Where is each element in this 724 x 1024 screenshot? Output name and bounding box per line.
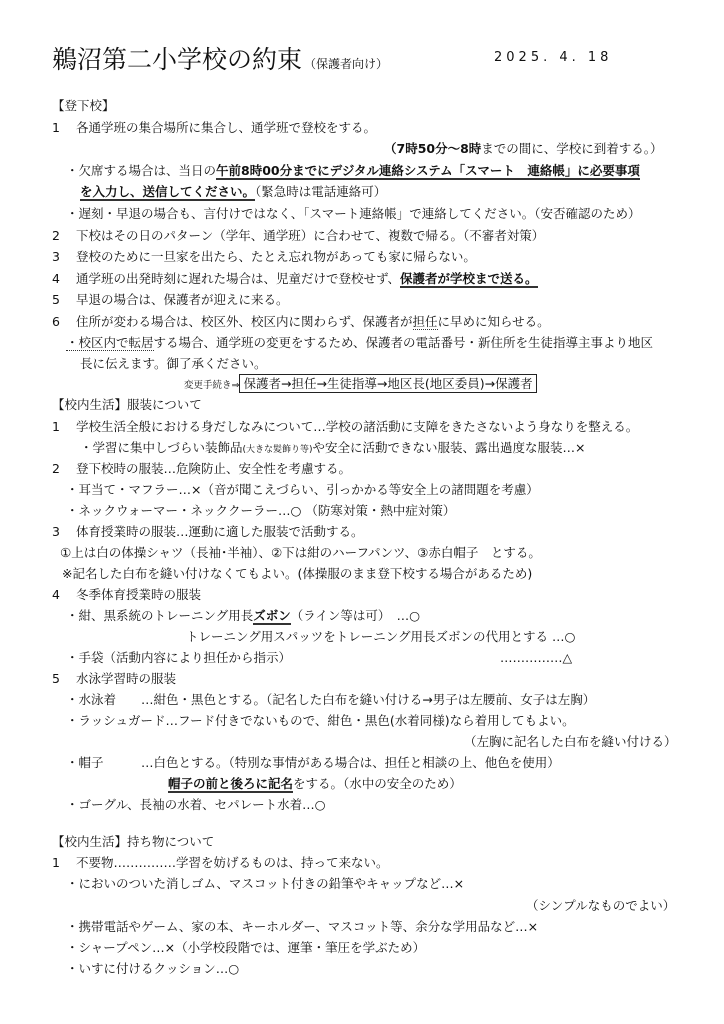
clothing-item-4-sub3-mark: ……………△ bbox=[500, 650, 572, 666]
commute-item-3: 3登校のために一旦家を出たら、たとえ忘れ物があっても家に帰らない。 bbox=[52, 249, 476, 265]
clothing-item-1-sub: ・学習に集中しづらい装飾品(大きな髪飾り等)や安全に活動できない服装、露出過度な… bbox=[80, 440, 586, 458]
title-subtitle: （保護者向け） bbox=[304, 57, 388, 71]
item-number: 1 bbox=[52, 419, 76, 435]
sub-pre: ・紺、黒系統のトレーニング用長 bbox=[66, 608, 253, 623]
procedure-steps-box: 保護者→担任→生徒指導→地区長(地区委員)→保護者 bbox=[239, 374, 536, 393]
sub-bold: 帽子の前と後ろに記名 bbox=[168, 776, 293, 793]
clothing-item-5: 5水泳学習時の服装 bbox=[52, 671, 176, 687]
item-text: 水泳学習時の服装 bbox=[76, 671, 176, 686]
document-page: 鵜沼第二小学校の約束（保護者向け） 2025. 4. 18 【登下校】 1各通学… bbox=[0, 0, 724, 1024]
commute-item-1: 1各通学班の集合場所に集合し、通学班で登校をする。 bbox=[52, 120, 376, 136]
item-number: 2 bbox=[52, 461, 76, 477]
absence-bold-2: を入力し、送信してください。 bbox=[80, 184, 255, 201]
item-text: 住所が変わる場合は、校区外、校区内に関わらず、保護者が bbox=[76, 314, 413, 329]
belongings-sub4: ・いすに付けるクッション…○ bbox=[66, 961, 239, 977]
clothing-item-2-sub1: ・耳当て・マフラー…×（音が聞こえづらい、引っかかる等安全上の諸問題を考慮） bbox=[66, 482, 539, 498]
sub-post: （ライン等は可） …○ bbox=[291, 608, 420, 623]
sub-post: や安全に活動できない服装、露出過度な服装…× bbox=[313, 440, 586, 455]
sub-post: をする。（水中の安全のため） bbox=[293, 776, 462, 791]
item-number: 4 bbox=[52, 271, 76, 287]
absence-post: （緊急時は電話連絡可） bbox=[255, 184, 386, 199]
page-title: 鵜沼第二小学校の約束（保護者向け） bbox=[52, 40, 388, 76]
clothing-item-4-sub2: トレーニング用スパッツをトレーニング用長ズボンの代用とする …○ bbox=[186, 629, 575, 645]
section-heading-commute: 【登下校】 bbox=[52, 98, 115, 114]
item-number: 1 bbox=[52, 855, 76, 871]
item-number: 4 bbox=[52, 587, 76, 603]
document-date: 2025. 4. 18 bbox=[494, 50, 612, 65]
item-text: 学校生活全般における身だしなみについて…学校の諸活動に支障をきたさないよう身なり… bbox=[76, 419, 638, 434]
belongings-sub1b: （シンプルなものでよい） bbox=[526, 898, 675, 914]
clothing-item-1: 1学校生活全般における身だしなみについて…学校の諸活動に支障をきたさないよう身な… bbox=[52, 419, 638, 435]
item-text: 早退の場合は、保護者が迎えに来る。 bbox=[76, 292, 289, 307]
clothing-item-5-sub3: ・帽子 …白色とする。（特別な事情がある場合は、担任と相談の上、他色を使用） bbox=[66, 755, 560, 771]
sub-bold: ズボン bbox=[253, 608, 291, 625]
clothing-item-5-sub4: 帽子の前と後ろに記名をする。（水中の安全のため） bbox=[168, 776, 462, 792]
absence-notice: ・欠席する場合は、当日の午前8時00分までにデジタル連絡システム「スマート 連絡… bbox=[66, 163, 640, 179]
arrival-time-rest: までの間に、学校に到着する。） bbox=[481, 141, 662, 156]
item-text: 冬季体育授業時の服装 bbox=[76, 587, 201, 602]
title-text: 鵜沼第二小学校の約束 bbox=[52, 45, 302, 74]
item-number: 6 bbox=[52, 314, 76, 330]
absence-pre: ・欠席する場合は、当日の bbox=[66, 163, 216, 178]
commute-item-5: 5早退の場合は、保護者が迎えに来る。 bbox=[52, 292, 289, 308]
clothing-item-5-sub1: ・水泳着 …紺色・黒色とする。（記名した白布を縫い付ける→男子は左腰前、女子は左… bbox=[66, 692, 595, 708]
item-text-post: に早めに知らせる。 bbox=[438, 314, 550, 329]
move-notice-line2: 長に伝えます。御了承ください。 bbox=[80, 356, 267, 372]
item-number: 3 bbox=[52, 249, 76, 265]
clothing-item-3: 3体育授業時の服装…運動に適した服装で活動する。 bbox=[52, 524, 364, 540]
move-notice: ・校区内で転居する場合、通学班の変更をするため、保護者の電話番号・新住所を生徒指… bbox=[66, 335, 653, 351]
clothing-item-4: 4冬季体育授業時の服装 bbox=[52, 587, 201, 603]
item-text: 登下校時の服装…危険防止、安全性を考慮する。 bbox=[76, 461, 351, 476]
arrival-time-bold: （7時50分～8時 bbox=[384, 141, 481, 156]
clothing-item-4-sub3: ・手袋（活動内容により担任から指示） bbox=[66, 650, 291, 666]
clothing-item-5-sub5: ・ゴーグル、長袖の水着、セパレート水着…○ bbox=[66, 797, 326, 813]
item-text: 下校はその日のパターン（学年、通学班）に合わせて、複数で帰る。（不審者対策） bbox=[76, 228, 544, 243]
clothing-item-3-sub1: ①上は白の体操シャツ（長袖･半袖）、②下は紺のハーフパンツ、③赤白帽子 とする。 bbox=[60, 545, 541, 561]
sub-small-note: (大きな髪飾り等) bbox=[243, 445, 313, 455]
item-text: 通学班の出発時刻に遅れた場合は、児童だけで登校せず、 bbox=[76, 271, 400, 286]
commute-item-4: 4通学班の出発時刻に遅れた場合は、児童だけで登校せず、保護者が学校まで送る。 bbox=[52, 271, 538, 287]
item-text: 不要物……………学習を妨げるものは、持って来ない。 bbox=[76, 855, 389, 870]
clothing-item-2-sub2: ・ネックウォーマー・ネッククーラー…○ （防寒対策・熱中症対策） bbox=[66, 503, 455, 519]
section-heading-belongings: 【校内生活】持ち物について bbox=[52, 834, 214, 850]
item-number: 1 bbox=[52, 120, 76, 136]
belongings-sub3: ・シャープペン…×（小学校段階では、運筆・筆圧を学ぶため） bbox=[66, 940, 425, 956]
clothing-item-5-sub2: ・ラッシュガード…フード付きでないもので、紺色・黒色(水着同様)なら着用してもよ… bbox=[66, 713, 575, 729]
move-line1: する場合、通学班の変更をするため、保護者の電話番号・新住所を生徒指導主事より地区 bbox=[154, 335, 654, 350]
section-heading-clothing: 【校内生活】服装について bbox=[52, 397, 202, 413]
item-number: 2 bbox=[52, 228, 76, 244]
commute-item-6: 6住所が変わる場合は、校区外、校区内に関わらず、保護者が担任に早めに知らせる。 bbox=[52, 314, 550, 330]
belongings-sub2: ・携帯電話やゲーム、家の本、キーホルダー、マスコット等、余分な学用品など…× bbox=[66, 919, 538, 935]
clothing-item-2: 2登下校時の服装…危険防止、安全性を考慮する。 bbox=[52, 461, 351, 477]
clothing-item-3-sub2: ※記名した白布を縫い付けなくてもよい。(体操服のまま登下校する場合があるため) bbox=[62, 566, 532, 582]
item-text: 登校のために一旦家を出たら、たとえ忘れ物があっても家に帰らない。 bbox=[76, 249, 476, 264]
absence-notice-line2: を入力し、送信してください。（緊急時は電話連絡可） bbox=[80, 184, 386, 200]
absence-bold-1: 午前8時00分までにデジタル連絡システム「スマート 連絡帳」に必要事項 bbox=[216, 163, 640, 180]
sub-pre: ・学習に集中しづらい装飾品 bbox=[80, 440, 243, 455]
item-number: 5 bbox=[52, 671, 76, 687]
belongings-sub1: ・においのついた消しゴム、マスコット付きの鉛筆やキャップなど…× bbox=[66, 876, 464, 892]
item-underline: 担任 bbox=[413, 314, 438, 330]
item-bold: 保護者が学校まで送る。 bbox=[400, 271, 538, 288]
procedure-label: 変更手続き⇒ bbox=[184, 380, 239, 391]
late-notice: ・遅刻・早退の場合も、言付けではなく、「スマート連絡帳」で連絡してください。（安… bbox=[66, 206, 641, 222]
clothing-item-4-sub1: ・紺、黒系統のトレーニング用長ズボン（ライン等は可） …○ bbox=[66, 608, 420, 624]
item-number: 5 bbox=[52, 292, 76, 308]
item-number: 3 bbox=[52, 524, 76, 540]
change-procedure: 変更手続き⇒保護者→担任→生徒指導→地区長(地区委員)→保護者 bbox=[184, 376, 537, 394]
move-underline: ・校区内で転居 bbox=[66, 335, 154, 351]
commute-item-2: 2下校はその日のパターン（学年、通学班）に合わせて、複数で帰る。（不審者対策） bbox=[52, 228, 544, 244]
item-text: 体育授業時の服装…運動に適した服装で活動する。 bbox=[76, 524, 364, 539]
commute-arrival-time: （7時50分～8時までの間に、学校に到着する。） bbox=[384, 141, 663, 157]
item-text: 各通学班の集合場所に集合し、通学班で登校をする。 bbox=[76, 120, 376, 135]
belongings-item-1: 1不要物……………学習を妨げるものは、持って来ない。 bbox=[52, 855, 389, 871]
clothing-item-5-sub2b: （左胸に記名した白布を縫い付ける） bbox=[464, 734, 677, 750]
